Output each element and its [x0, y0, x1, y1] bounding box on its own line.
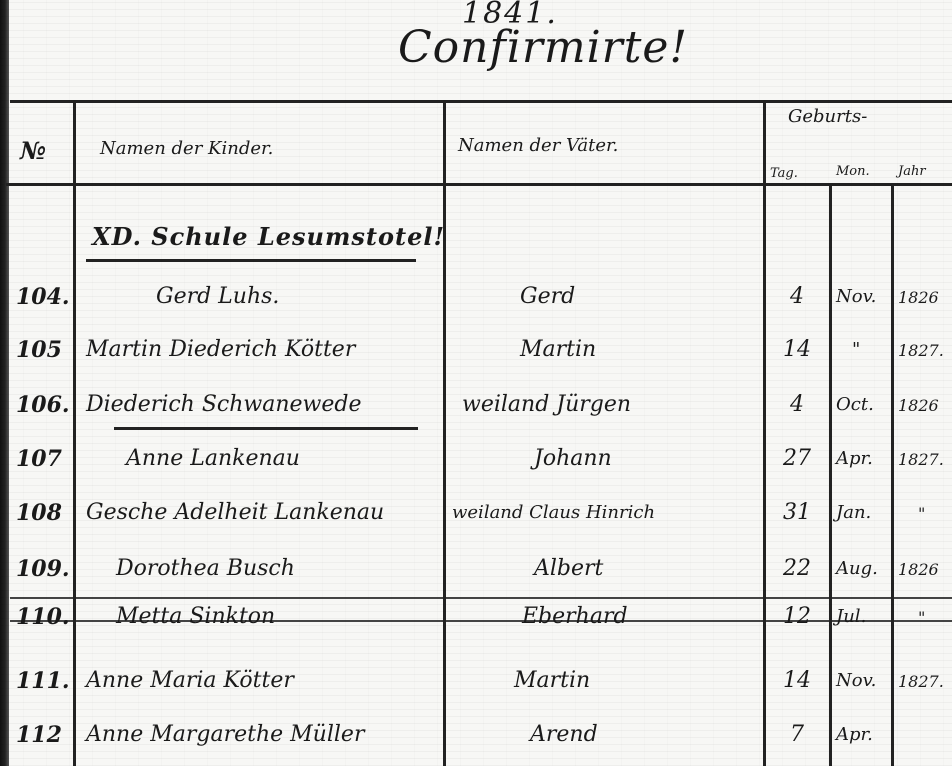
header-number: № [20, 136, 46, 165]
birth-month: Nov. [836, 670, 892, 691]
register-page: 1841. Confirmirte! № Namen der Kinder. N… [0, 0, 952, 766]
entry-number: 108 [16, 500, 62, 526]
birth-year: 1827. [898, 341, 952, 360]
col-divider-father [763, 100, 766, 766]
header-birth-month: Mon. [836, 164, 870, 179]
header-birth-year: Jahr [898, 164, 926, 179]
birth-year: 1826 [898, 560, 952, 579]
father-name: Martin [520, 337, 596, 362]
child-name: Gerd Luhs. [156, 284, 279, 309]
name-underline [114, 427, 418, 430]
father-name: Gerd [520, 284, 575, 309]
header-father-name: Namen der Väter. [458, 135, 618, 156]
entry-number: 105 [16, 337, 62, 363]
child-name: Anne Maria Kötter [86, 668, 294, 693]
child-name: Anne Margarethe Müller [86, 722, 364, 747]
birth-day: 4 [772, 284, 822, 309]
child-name: Dorothea Busch [116, 556, 295, 581]
birth-year: 1826 [898, 288, 952, 307]
entry-number: 110. [16, 604, 70, 630]
birth-day: 31 [772, 500, 822, 525]
header-birth-day: Tag. [770, 166, 798, 181]
birth-year: " [918, 504, 952, 523]
school-section-heading: XD. Schule Lesumstotel! [92, 222, 445, 251]
col-divider-child [443, 100, 446, 766]
entry-number: 111. [16, 668, 70, 694]
register-title: Confirmirte! [398, 22, 688, 73]
child-name: Diederich Schwanewede [86, 392, 361, 417]
entry-number: 112 [16, 722, 62, 748]
birth-month: Jan. [836, 502, 892, 523]
col-divider-number [73, 100, 76, 766]
father-name: Martin [514, 668, 590, 693]
father-name: Arend [530, 722, 598, 747]
birth-year: 1827. [898, 450, 952, 469]
entry-number: 109. [16, 556, 70, 582]
father-name: Albert [534, 556, 603, 581]
birth-month: Aug. [836, 558, 892, 579]
birth-day: 22 [772, 556, 822, 581]
birth-year: 1827. [898, 672, 952, 691]
birth-day: 7 [772, 722, 822, 747]
father-name: weiland Jürgen [462, 392, 631, 417]
header-birth-group: Geburts- [788, 106, 867, 127]
birth-day: 4 [772, 392, 822, 417]
birth-month: Jul. [836, 606, 892, 627]
birth-year: " [918, 608, 952, 627]
birth-year: 1826 [898, 396, 952, 415]
entry-number: 104. [16, 284, 70, 310]
table-top-rule [10, 100, 952, 103]
father-name: Johann [534, 446, 612, 471]
col-divider-day [829, 183, 832, 766]
child-name: Metta Sinkton [116, 604, 275, 629]
section-underline [86, 259, 416, 262]
birth-day: 27 [772, 446, 822, 471]
father-name: weiland Claus Hinrich [452, 502, 655, 523]
child-name: Martin Diederich Kötter [86, 337, 355, 362]
birth-month: Apr. [836, 448, 892, 469]
header-child-name: Namen der Kinder. [100, 138, 273, 159]
father-name: Eberhard [522, 604, 628, 629]
birth-day: 14 [772, 668, 822, 693]
child-name: Anne Lankenau [126, 446, 300, 471]
scan-edge [0, 0, 9, 766]
entry-number: 107 [16, 446, 62, 472]
birth-month: Oct. [836, 394, 892, 415]
child-name: Gesche Adelheit Lankenau [86, 500, 384, 525]
header-bottom-rule [6, 183, 952, 186]
entry-number: 106. [16, 392, 70, 418]
birth-month: Nov. [836, 286, 892, 307]
birth-day: 12 [772, 604, 822, 629]
row-divider [10, 597, 952, 599]
birth-day: 14 [772, 337, 822, 362]
birth-month: Apr. [836, 724, 892, 745]
